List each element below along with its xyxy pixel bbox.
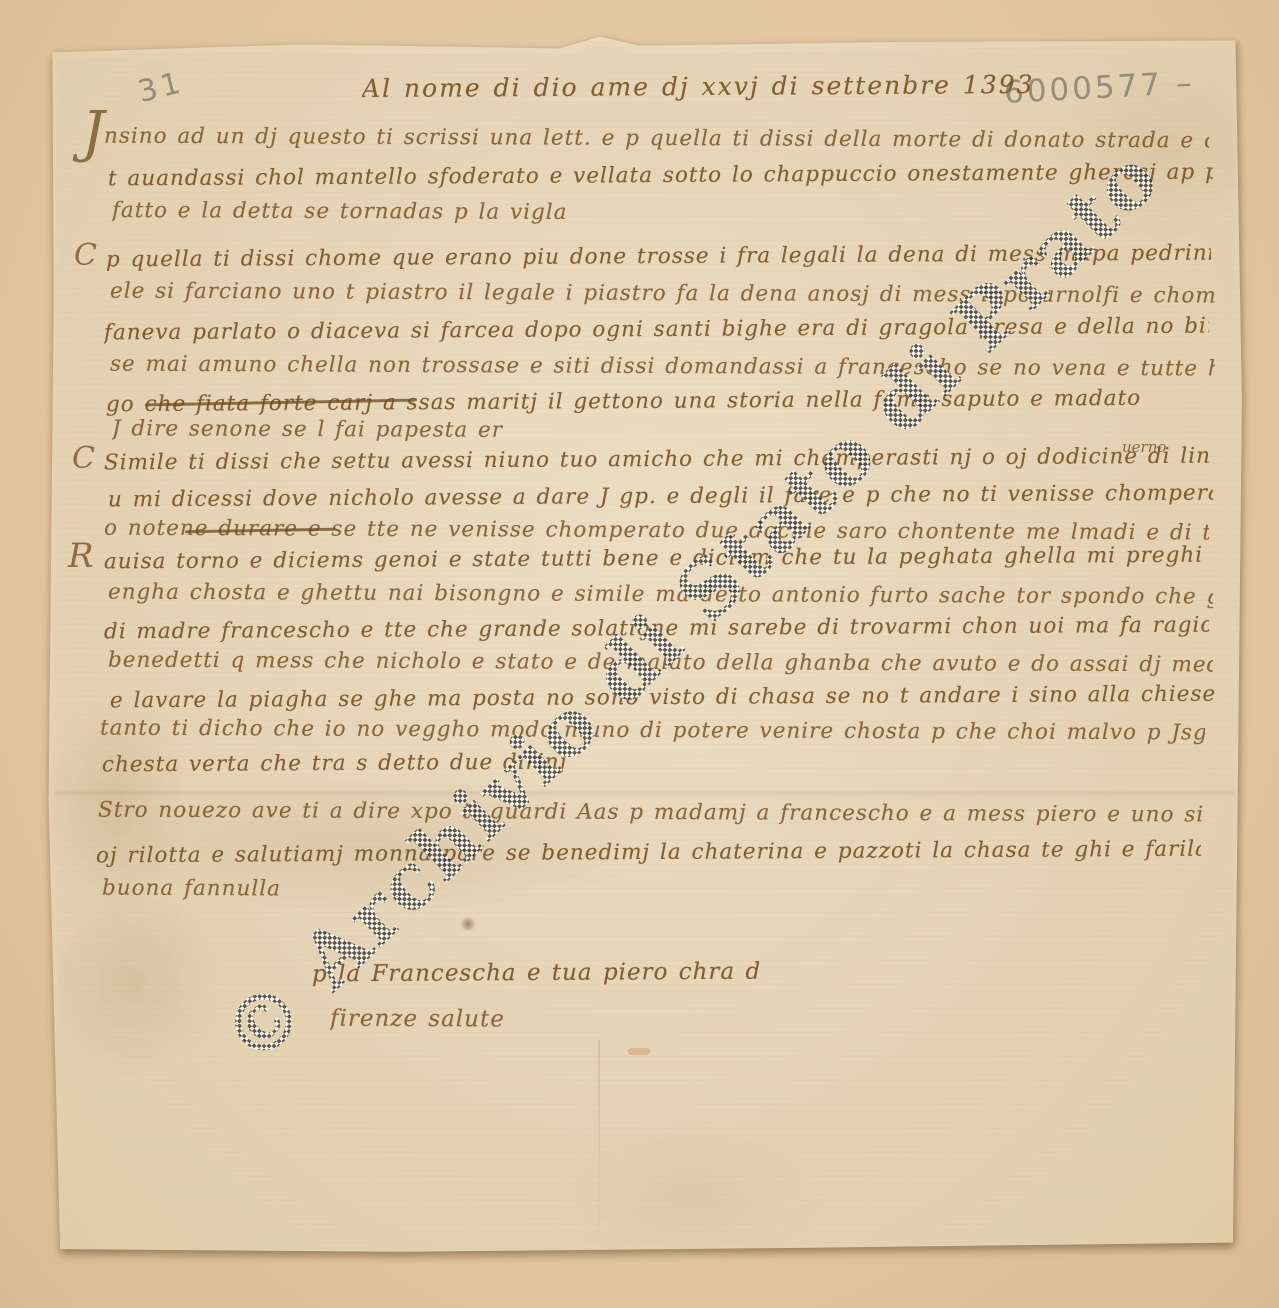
scan-background: 31 6000577 – Al nome di dio ame dj xxvj … <box>0 0 1279 1308</box>
manuscript-line: tanto ti dicho che io no veggho modo niu… <box>100 716 1205 746</box>
manuscript-line: J dire senone se l fai papesta er <box>112 416 503 443</box>
dateline: Al nome di dio ame dj xxvj di settenbre … <box>362 70 1035 103</box>
paragraph-mark: R <box>68 536 94 576</box>
paragraph-initial: J <box>82 100 104 165</box>
manuscript-line: se mai amuno chella non trossase e siti … <box>110 352 1215 382</box>
manuscript-line: nsino ad un dj questo ti scrissi una let… <box>104 124 1209 154</box>
signature-line: firenze salute <box>330 1006 505 1033</box>
interlinear-insertion: uerno <box>1122 438 1166 456</box>
manuscript-line: Stro nouezo ave ti a dire xpo ti guardi … <box>98 798 1203 828</box>
manuscript-line: buona fannulla <box>102 876 281 902</box>
manuscript-line: fatto e la detta se tornadas p la vigla <box>112 198 568 225</box>
paper-shadow: 31 6000577 – Al nome di dio ame dj xxvj … <box>0 0 1279 1308</box>
paragraph-mark: C <box>74 238 97 273</box>
paragraph-mark: C <box>72 441 95 476</box>
paper-sheet: 31 6000577 – Al nome di dio ame dj xxvj … <box>0 0 1279 1308</box>
